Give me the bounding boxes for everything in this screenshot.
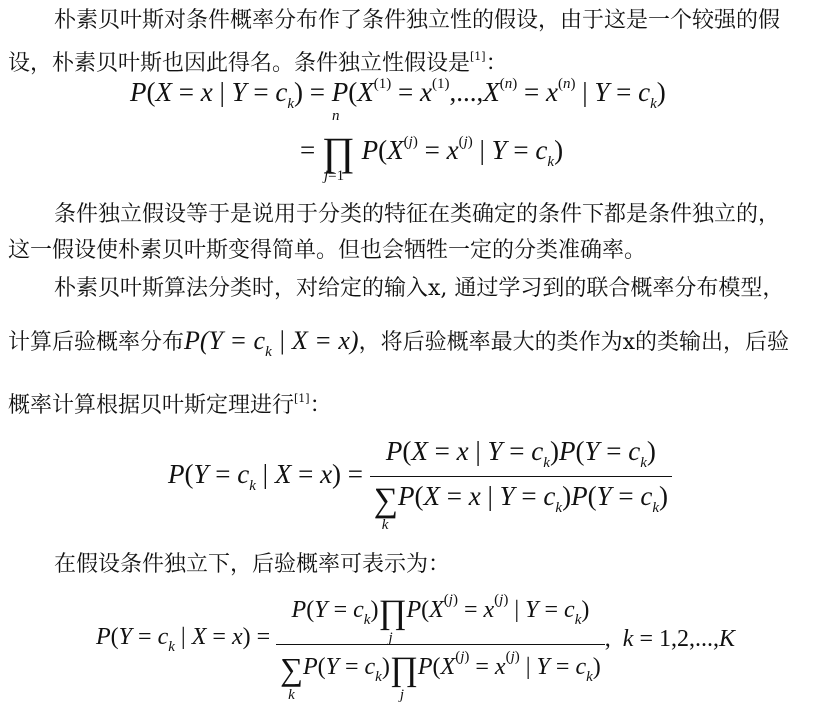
paragraph-4-line-1: 在假设条件独立下，后验概率可表示为： [0, 550, 830, 580]
product-operator: ∏ [322, 132, 355, 172]
sum-lower-limit: k [288, 687, 295, 702]
equation-1-line-1: P(X = x | Y = ck) = P(X(1) = x(1),...,X(… [130, 76, 666, 113]
paragraph-1-line-1: 朴素贝叶斯对条件概率分布作了条件独立性的假设，由于这是一个较强的假 [0, 6, 830, 36]
denominator: ∑kP(Y = ck)∏jP(X(j) = x(j) | Y = ck) [276, 644, 605, 687]
paragraph-3-text-a: 计算后验概率分布 [8, 330, 184, 355]
product-upper-limit: n [332, 108, 340, 125]
fraction: P(X = x | Y = ck)P(Y = ck)∑kP(X = x | Y … [370, 436, 672, 518]
colon: ： [486, 51, 508, 76]
paragraph-2-line-2: 这一假设使朴素贝叶斯变得简单。但也会牺牲一定的分类准确率。 [0, 236, 830, 266]
numerator: P(X = x | Y = ck)P(Y = ck) [370, 436, 672, 476]
product-index: j [400, 687, 404, 702]
citation-ref[interactable]: [1] [294, 392, 310, 405]
product-operator: ∏ [378, 596, 406, 630]
equation-3: P(Y = ck | X = x) = P(Y = ck)∏jP(X(j) = … [96, 592, 735, 687]
paragraph-1-line-2: 设，朴素贝叶斯也因此得名。条件独立性假设是[1]： [0, 42, 830, 79]
paragraph-3-text-c: 概率计算根据贝叶斯定理进行 [8, 393, 294, 418]
denominator: ∑kP(X = x | Y = ck)P(Y = ck) [370, 476, 672, 518]
fraction: P(Y = ck)∏jP(X(j) = x(j) | Y = ck)∑kP(Y … [276, 592, 605, 687]
paragraph-2-line-1: 条件独立假设等于是说用于分类的特征在类确定的条件下都是条件独立的， [0, 200, 830, 230]
paragraph-1-text: 设，朴素贝叶斯也因此得名。条件独立性假设是 [8, 51, 470, 76]
product-lower-limit: j=1 [324, 168, 344, 185]
paragraph-3-line-3: 概率计算根据贝叶斯定理进行[1]： [0, 384, 830, 421]
equation-2: P(Y = ck | X = x) = P(X = x | Y = ck)P(Y… [168, 436, 672, 518]
paragraph-3-line-2: 计算后验概率分布P(Y = ck | X = x)，将后验概率最大的类作为x的类… [0, 326, 830, 367]
equation-1-line-2: = ∏nj=1 P(X(j) = x(j) | Y = ck) [300, 132, 563, 172]
paragraph-3-text-b: ，将后验概率最大的类作为x的类输出，后验 [359, 330, 789, 355]
inline-equation: P(Y = ck | X = x) [184, 326, 359, 355]
product-index: j [388, 630, 392, 647]
numerator: P(Y = ck)∏jP(X(j) = x(j) | Y = ck) [276, 592, 605, 644]
product-operator: ∏ [390, 653, 418, 687]
sum-lower-limit: k [382, 517, 389, 534]
sum-operator: ∑ [374, 484, 398, 518]
paragraph-3-line-1: 朴素贝叶斯算法分类时，对给定的输入x, 通过学习到的联合概率分布模型， [0, 274, 830, 304]
citation-ref[interactable]: [1] [470, 50, 486, 63]
sum-operator: ∑ [280, 653, 303, 685]
colon: ： [310, 393, 332, 418]
